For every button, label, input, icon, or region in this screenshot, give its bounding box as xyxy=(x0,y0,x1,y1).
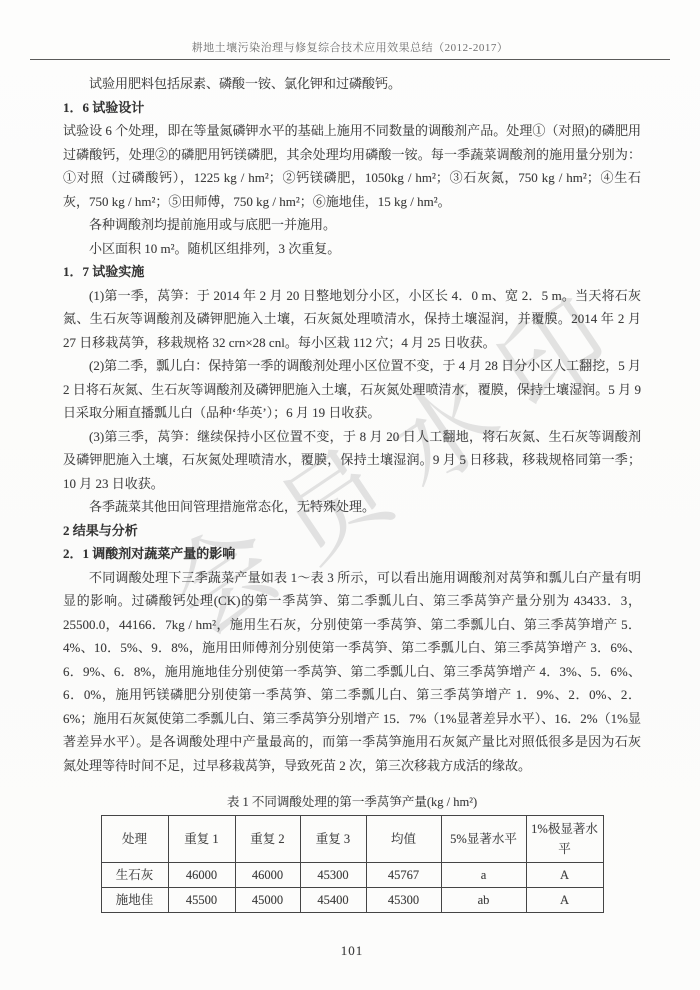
table-cell: A xyxy=(526,888,603,913)
document-page: 耕地土壤污染治理与修复综合技术应用效果总结（2012-2017） 会员水印 试验… xyxy=(0,0,700,990)
paragraph-season-2: (2)第二季，瓢儿白：保持第一季的调酸剂处理小区位置不变，于 4 月 28 日分… xyxy=(63,354,641,425)
column-header-sig1: 1%极显著水平 xyxy=(526,816,603,863)
table-cell: 45400 xyxy=(300,888,366,913)
table-1-lettuce-yield: 处理 重复 1 重复 2 重复 3 均值 5%显著水平 1%极显著水平 生石灰 … xyxy=(101,815,604,913)
paragraph-application-timing: 各种调酸剂均提前施用或与底肥一并施用。 xyxy=(63,213,641,237)
page-number: 101 xyxy=(63,939,641,963)
table-row: 生石灰 46000 46000 45300 45767 a A xyxy=(101,863,603,888)
column-header-treatment: 处理 xyxy=(101,816,168,863)
table-cell: 45000 xyxy=(235,888,300,913)
running-head: 耕地土壤污染治理与修复综合技术应用效果总结（2012-2017） xyxy=(30,0,670,60)
table-header-row: 处理 重复 1 重复 2 重复 3 均值 5%显著水平 1%极显著水平 xyxy=(101,816,603,863)
paragraph-season-3: (3)第三季，莴笋：继续保持小区位置不变，于 8 月 20 日人工翻地，将石灰氮… xyxy=(63,425,641,496)
heading-1-6-experiment-design: 1．6 试验设计 xyxy=(63,96,641,120)
table-cell: a xyxy=(441,863,526,888)
table-cell: ab xyxy=(441,888,526,913)
heading-1-7-implementation: 1．7 试验实施 xyxy=(63,260,641,284)
table-cell: 45500 xyxy=(168,888,235,913)
table-cell: 45300 xyxy=(300,863,366,888)
table-cell: 施地佳 xyxy=(101,888,168,913)
paragraph-yield-results: 不同调酸处理下三季蔬菜产量如表 1～表 3 所示，可以看出施用调酸剂对莴笋和瓢儿… xyxy=(63,566,641,778)
table-cell: 46000 xyxy=(235,863,300,888)
paragraph-plot-size: 小区面积 10 m²。随机区组排列，3 次重复。 xyxy=(63,237,641,261)
table-cell: 生石灰 xyxy=(101,863,168,888)
paragraph-fertilizer-intro: 试验用肥料包括尿素、磷酸一铵、氯化钾和过磷酸钙。 xyxy=(63,72,641,96)
column-header-rep1: 重复 1 xyxy=(168,816,235,863)
table-cell: A xyxy=(526,863,603,888)
table-1-caption: 表 1 不同调酸处理的第一季莴笋产量(kg / hm²) xyxy=(63,791,641,814)
heading-2-1-yield-effect: 2．1 调酸剂对蔬菜产量的影响 xyxy=(63,542,641,566)
table-cell: 45300 xyxy=(366,888,441,913)
column-header-rep3: 重复 3 xyxy=(300,816,366,863)
table-cell: 45767 xyxy=(366,863,441,888)
column-header-sig5: 5%显著水平 xyxy=(441,816,526,863)
table-row: 施地佳 45500 45000 45400 45300 ab A xyxy=(101,888,603,913)
heading-2-results-analysis: 2 结果与分析 xyxy=(63,519,641,543)
column-header-mean: 均值 xyxy=(366,816,441,863)
paragraph-treatments: 试验设 6 个处理，即在等量氮磷钾水平的基础上施用不同数量的调酸剂产品。处理①（… xyxy=(63,119,641,213)
page-body: 试验用肥料包括尿素、磷酸一铵、氯化钾和过磷酸钙。 1．6 试验设计 试验设 6 … xyxy=(63,72,641,963)
running-head-title: 耕地土壤污染治理与修复综合技术应用效果总结（2012-2017） xyxy=(192,42,509,54)
table-cell: 46000 xyxy=(168,863,235,888)
paragraph-season-1: (1)第一季，莴笋：于 2014 年 2 月 20 日整地划分小区，小区长 4．… xyxy=(63,284,641,355)
paragraph-field-management: 各季蔬菜其他田间管理措施常态化，无特殊处理。 xyxy=(63,495,641,519)
column-header-rep2: 重复 2 xyxy=(235,816,300,863)
